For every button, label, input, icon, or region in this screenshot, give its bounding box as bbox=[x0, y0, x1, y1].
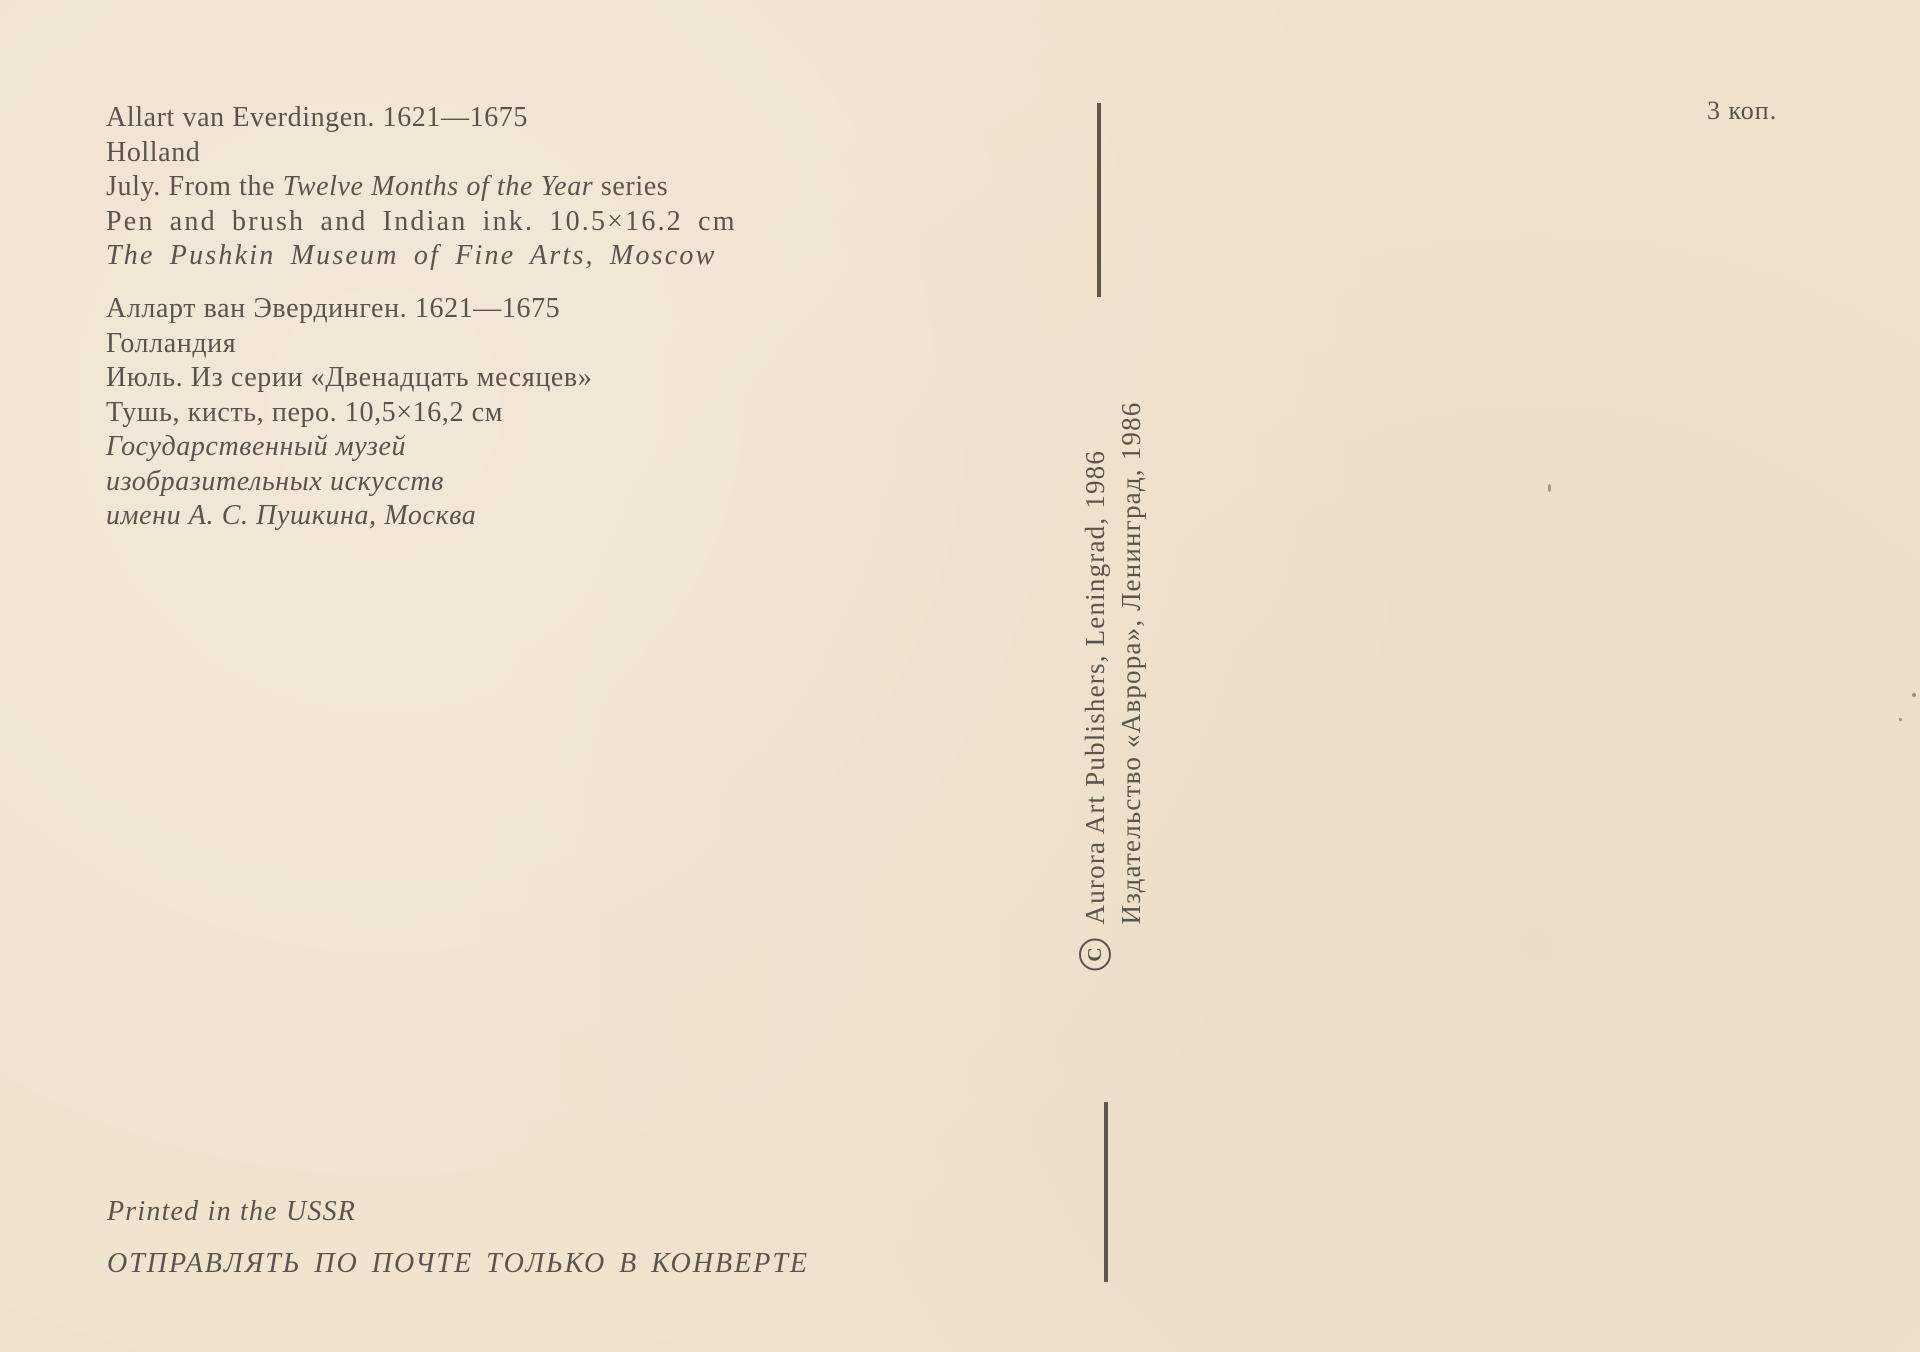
mail-notice: ОТПРАВЛЯТЬ ПО ПОЧТЕ ТОЛЬКО В КОНВЕРТЕ bbox=[107, 1248, 809, 1280]
museum-en: The Pushkin Museum of Fine Arts, Moscow bbox=[106, 239, 737, 274]
paper-speck bbox=[1912, 693, 1916, 697]
divider-line-top bbox=[1097, 103, 1101, 297]
publisher-imprint: C Aurora Art Publishers, Leningrad, 1986… bbox=[1077, 402, 1149, 971]
artwork-title-ru: Июль. Из серии «Двенадцать месяцев» bbox=[106, 361, 592, 396]
paper-speck bbox=[1899, 718, 1902, 721]
country-en: Holland bbox=[106, 136, 737, 171]
museum-ru-line3: имени А. С. Пушкина, Москва bbox=[106, 499, 592, 534]
caption-russian: Алларт ван Эвердинген. 1621—1675 Голланд… bbox=[106, 292, 592, 534]
country-ru: Голландия bbox=[106, 327, 592, 362]
paper-speck bbox=[1548, 484, 1551, 492]
publisher-line-en-row: C Aurora Art Publishers, Leningrad, 1986 bbox=[1077, 402, 1113, 971]
title-prefix: July. From the bbox=[106, 171, 283, 202]
publisher-line-ru: Издательство «Аврора», Ленинград, 1986 bbox=[1113, 402, 1149, 925]
medium-ru: Тушь, кисть, перо. 10,5×16,2 см bbox=[106, 396, 592, 431]
series-name: Twelve Months of the Year bbox=[283, 171, 594, 202]
museum-ru-line1: Государственный музей bbox=[106, 430, 592, 465]
divider-line-bottom bbox=[1104, 1102, 1108, 1282]
museum-ru-line2: изобразительных искусств bbox=[106, 465, 592, 500]
artwork-title-en: July. From the Twelve Months of the Year… bbox=[106, 170, 737, 205]
artist-name-en: Allart van Everdingen. 1621—1675 bbox=[106, 101, 737, 136]
medium-en: Pen and brush and Indian ink. 10.5×16.2 … bbox=[106, 205, 737, 240]
postage-price: 3 коп. bbox=[1707, 96, 1777, 126]
publisher-line-ru-row: Издательство «Аврора», Ленинград, 1986 bbox=[1113, 402, 1149, 971]
artist-name-ru: Алларт ван Эвердинген. 1621—1675 bbox=[106, 292, 592, 327]
printed-in-ussr: Printed in the USSR bbox=[107, 1196, 356, 1228]
copyright-icon: C bbox=[1079, 938, 1111, 970]
title-suffix: series bbox=[593, 171, 668, 202]
caption-english: Allart van Everdingen. 1621—1675 Holland… bbox=[106, 101, 737, 274]
publisher-line-en: Aurora Art Publishers, Leningrad, 1986 bbox=[1077, 450, 1113, 925]
